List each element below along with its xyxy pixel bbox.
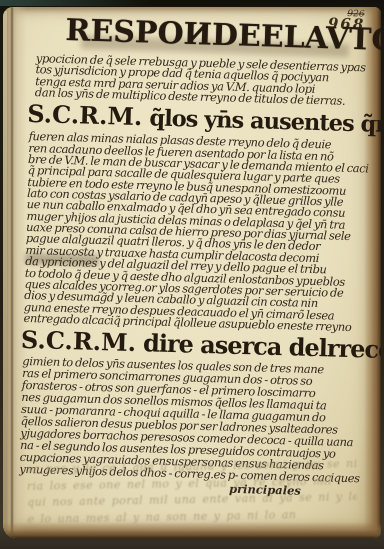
manuscript-text: ypocicion de q̃ sele rrebusga y pueble y… <box>19 53 367 499</box>
heading-abbreviation: S.C.R.M. <box>21 325 137 357</box>
manuscript-photo: 926 968 RESPOИDEELAVTOR ypocicion de q̃ … <box>0 0 384 549</box>
gutter-crease <box>11 7 13 538</box>
page-title: RESPOИDEELAVTOR <box>65 15 381 58</box>
manuscript-page: 926 968 RESPOИDEELAVTOR ypocicion de q̃ … <box>3 7 381 538</box>
background-top-edge <box>0 0 150 6</box>
heading-abbreviation: S.C.R.M. <box>27 99 143 131</box>
intro-paragraph: ypocicion de q̃ sele rrebusga y pueble y… <box>35 53 367 108</box>
page-left-edge <box>3 11 7 528</box>
section-paragraph-1: fueren alas minas nialas plasas deste rr… <box>23 131 364 333</box>
bleedthrough-text: se nos y la ce i qua u iguana y los seru… <box>26 456 357 528</box>
page-fore-edge <box>364 7 381 538</box>
